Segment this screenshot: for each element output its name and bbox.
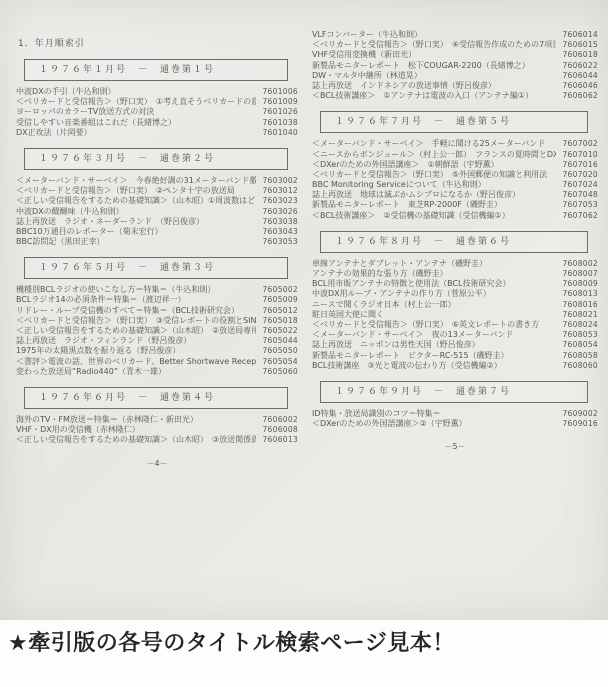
article-row: 誌上再放送 ニッポンは男性天国（野呂俊彦）7608054 (312, 340, 598, 350)
article-row: ＜ベリカードと受信報告＞（野口実） ②ペンタ十字の放送局7603012 (16, 186, 298, 196)
article-code: 7609002 (562, 409, 598, 419)
article-title: VLFコンバーター（牛込和則） (312, 30, 556, 40)
article-code: 7607062 (562, 211, 598, 221)
article-row: BCLラジオ14の必須条件＝特集＝（渡辺祥一）7605009 (16, 295, 298, 305)
article-title: ＜ベリカードと受信報告＞（野口実） ④受信報告作成のための7項目 (312, 40, 556, 50)
article-code: 7608054 (562, 340, 598, 350)
article-title: ＜正しい受信報告をするための基礎知識＞（山木昭）①周波数はどうして決まるか (16, 196, 256, 206)
article-code: 7606046 (562, 81, 598, 91)
article-title: 変わった放送局“Radio440”（青木一雄） (16, 367, 256, 377)
article-row: ＜BCL技術講座＞ ①アンテナは電波の入口（アンテナ編①）7606062 (312, 91, 598, 101)
article-row: ＜ベリカードと受信報告＞（野口実） ①考え直そうベリカードの意義7601009 (16, 97, 298, 107)
article-title: アンテナの効果的な張り方（磯野圭） (312, 269, 556, 279)
article-row: VLFコンバーター（牛込和則）7606014 (312, 30, 598, 40)
index-heading: 1．年月順索引 (18, 36, 298, 49)
article-row: 変わった放送局“Radio440”（青木一雄）7605060 (16, 367, 298, 377)
caption-text: ★牽引版の各号のタイトル検索ページ見本！ (8, 626, 455, 657)
article-row: ＜ベリカードと受信報告＞（野口実） ⑤外国郵便の知識と利用法7607020 (312, 170, 598, 180)
article-row: 誌上再放送 ラジオ・ネーダーランド （野呂俊彦）7603038 (16, 217, 298, 227)
article-row: ＜メーターバンド・サーベイ＞ 夜の13メーターバンド7608053 (312, 330, 598, 340)
article-code: 7608009 (562, 279, 598, 289)
article-code: 7608021 (562, 310, 598, 320)
article-list: 中波DXの手引（牛込和則）7601006＜ベリカードと受信報告＞（野口実） ①考… (16, 87, 298, 138)
article-title: ＜ベリカードと受信報告＞（野口実） ①考え直そうベリカードの意義 (16, 97, 256, 107)
article-list: ＜メーターバンド・サーベイ＞ 手軽に聞ける25メーターバンド7607002＜ニー… (312, 139, 598, 221)
article-code: 7605022 (262, 326, 298, 336)
issue-header: １９７６年５月号 － 通巻第３号 (24, 257, 288, 279)
article-title: ＜BCL技術講座＞ ②受信機の基礎知識（受信機編①） (312, 211, 556, 221)
article-code: 7605002 (262, 285, 298, 295)
scan-paper: 1．年月順索引 １９７６年１月号 － 通巻第１号中波DXの手引（牛込和則）760… (0, 0, 608, 620)
article-code: 7605050 (262, 346, 298, 356)
article-code: 7601009 (262, 97, 298, 107)
article-title: ヨーロッパのカラーTV放送方式の対決 (16, 107, 256, 117)
article-code: 7609016 (562, 419, 598, 429)
index-page-left: 1．年月順索引 １９７６年１月号 － 通巻第１号中波DXの手引（牛込和則）760… (16, 36, 298, 469)
article-row: VHF受信用変換機（新田光）7606018 (312, 50, 598, 60)
article-title: 誌上再放送 ラジオ・ネーダーランド （野呂俊彦） (16, 217, 256, 227)
article-row: 誌上再放送 地球は滅ぶかムシプロになるか（野呂俊彦）7607048 (312, 190, 598, 200)
article-code: 7608053 (562, 330, 598, 340)
article-row: ニースで聞くラジオ日本（村上公一郎）7608016 (312, 300, 598, 310)
article-title: ＜書評＞電波の話、世界のベリカード、Better Shortwave Recep… (16, 357, 256, 367)
article-title: 新製品モニターレポート 松下COUGAR-2200（長緒博之） (312, 61, 556, 71)
article-code: 7603038 (262, 217, 298, 227)
article-row: ＜書評＞電波の話、世界のベリカード、Better Shortwave Recep… (16, 357, 298, 367)
article-row: DX正攻法（片岡要）7601040 (16, 128, 298, 138)
article-code: 7605044 (262, 336, 298, 346)
article-code: 7606002 (262, 415, 298, 425)
article-code: 7607020 (562, 170, 598, 180)
article-title: ＜DXerのための外国語講座＞②（宇野薫） (312, 419, 556, 429)
article-title: ＜ベリカードと受信報告＞（野口実） ③受信レポートの役割とSINPO (16, 316, 256, 326)
article-title: 誌上再放送 ニッポンは男性天国（野呂俊彦） (312, 340, 556, 350)
article-title: 誌上再放送 ラジオ・フィンランド（野呂俊彦） (16, 336, 256, 346)
scanned-index-screenshot: 1．年月順索引 １９７６年１月号 － 通巻第１号中波DXの手引（牛込和則）760… (0, 0, 608, 687)
article-code: 7605060 (262, 367, 298, 377)
article-title: BBC10万通目のレポーター（菊末宏行） (16, 227, 256, 237)
issue-header: １９７６年７月号 － 通巻第５号 (320, 111, 588, 133)
article-row: ＜DXerのための外国語講座＞ ①朝鮮語（宇野薫）7607016 (312, 160, 598, 170)
article-title: ＜メーターバンド・サーベイ＞ 今春絶好調の31メーターバンド徹底研究 (16, 176, 256, 186)
article-title: 誌上再放送 地球は滅ぶかムシプロになるか（野呂俊彦） (312, 190, 556, 200)
article-title: BBC Monitoring Serviceについて（牛込和則） (312, 180, 556, 190)
article-code: 7603043 (262, 227, 298, 237)
article-title: 海外のTV・FM放送＝特集＝（赤林隆仁・新田光） (16, 415, 256, 425)
article-code: 7608024 (562, 320, 598, 330)
article-code: 7606022 (562, 61, 598, 71)
article-title: BBC訪問記（黒田正幸） (16, 237, 256, 247)
article-title: 機種別BCLラジオの使いこなし方＝特集＝（牛込和則） (16, 285, 256, 295)
article-title: ＜メーターバンド・サーベイ＞ 夜の13メーターバンド (312, 330, 556, 340)
article-title: ＜メーターバンド・サーベイ＞ 手軽に聞ける25メーターバンド (312, 139, 556, 149)
article-row: ＜ベリカードと受信報告＞（野口実） ④受信報告作成のための7項目7606015 (312, 40, 598, 50)
issue-header: １９７６年８月号 － 通巻第６号 (320, 231, 588, 253)
article-title: BCL用市販アンテナの特徴と使用法（BCL技術研究会） (312, 279, 556, 289)
article-row: 誌上再放送 ラジオ・フィンランド（野呂俊彦）7605044 (16, 336, 298, 346)
article-list: ID特集・放送局識別のコツ＝特集＝7609002＜DXerのための外国語講座＞②… (312, 409, 598, 429)
article-list: 単線アンテナとダブレット・アンテナ（磯野圭）7608002アンテナの効果的な張り… (312, 259, 598, 371)
article-row: ＜DXerのための外国語講座＞②（宇野薫）7609016 (312, 419, 598, 429)
article-title: ＜ニースからボンジュール＞（村上公一郎） フランスの夏時間とDX (312, 150, 556, 160)
article-title: 単線アンテナとダブレット・アンテナ（磯野圭） (312, 259, 556, 269)
article-row: DW・マルタ中継所（林道晃）7606044 (312, 71, 598, 81)
article-row: 新製品モニターレポート 東芝RP-2000F（磯野圭）7607053 (312, 200, 598, 210)
article-code: 7608016 (562, 300, 598, 310)
article-code: 7606008 (262, 425, 298, 435)
article-code: 7607016 (562, 160, 598, 170)
article-title: DW・マルタ中継所（林道晃） (312, 71, 556, 81)
issue-header: １９７６年６月号 － 通巻第４号 (24, 387, 288, 409)
article-code: 7603012 (262, 186, 298, 196)
article-title: ニースで聞くラジオ日本（村上公一郎） (312, 300, 556, 310)
article-title: ＜正しい受信報告をするための基礎知識＞（山木昭） ②放送局専用レポート (16, 326, 256, 336)
article-title: ＜ベリカードと受信報告＞（野口実） ②ペンタ十字の放送局 (16, 186, 256, 196)
index-page-right: VLFコンバーター（牛込和則）7606014＜ベリカードと受信報告＞（野口実） … (312, 30, 598, 452)
article-code: 7605009 (262, 295, 298, 305)
article-title: ＜ベリカードと受信報告＞（野口実） ⑥英文レポートの書き方 (312, 320, 556, 330)
article-code: 7603023 (262, 196, 298, 206)
article-title: ＜正しい受信報告をするための基礎知識＞（山木昭） ③放送関係資料の見方 (16, 435, 256, 445)
article-row: ＜ベリカードと受信報告＞（野口実） ⑥英文レポートの書き方7608024 (312, 320, 598, 330)
article-list: 海外のTV・FM放送＝特集＝（赤林隆仁・新田光）7606002VHF・DX用の受… (16, 415, 298, 446)
article-row: BCL用市販アンテナの特徴と使用法（BCL技術研究会）7608009 (312, 279, 598, 289)
article-row: ＜正しい受信報告をするための基礎知識＞（山木昭） ③放送関係資料の見方76060… (16, 435, 298, 445)
article-row: 誌上再放送 インドネシアの放送事情（野呂俊彦）7606046 (312, 81, 598, 91)
article-row: 機種別BCLラジオの使いこなし方＝特集＝（牛込和則）7605002 (16, 285, 298, 295)
article-title: リドレー・ループ受信機のすべて＝特集＝（BCL技術研究会） (16, 306, 256, 316)
article-title: ID特集・放送局識別のコツ＝特集＝ (312, 409, 556, 419)
article-row: BBC10万通目のレポーター（菊末宏行）7603043 (16, 227, 298, 237)
article-code: 7601006 (262, 87, 298, 97)
article-row: BBC Monitoring Serviceについて（牛込和則）7607024 (312, 180, 598, 190)
article-row: 駐日英国大使に聞く7608021 (312, 310, 598, 320)
article-row: ＜正しい受信報告をするための基礎知識＞（山木昭） ②放送局専用レポート76050… (16, 326, 298, 336)
article-title: 中波DXの醍醐味（牛込和則） (16, 207, 256, 217)
article-title: 新製品モニターレポート 東芝RP-2000F（磯野圭） (312, 200, 556, 210)
issue-header: １９７６年１月号 － 通巻第１号 (24, 59, 288, 81)
article-title: ＜BCL技術講座＞ ①アンテナは電波の入口（アンテナ編①） (312, 91, 556, 101)
issue-header: １９７６年９月号 － 通巻第７号 (320, 381, 588, 403)
article-list: 機種別BCLラジオの使いこなし方＝特集＝（牛込和則）7605002BCLラジオ1… (16, 285, 298, 377)
article-code: 7606044 (562, 71, 598, 81)
article-title: ＜DXerのための外国語講座＞ ①朝鮮語（宇野薫） (312, 160, 556, 170)
article-code: 7608013 (562, 289, 598, 299)
article-row: ＜ベリカードと受信報告＞（野口実） ③受信レポートの役割とSINPO760501… (16, 316, 298, 326)
article-row: VHF・DX用の受信機（赤林隆仁）7606008 (16, 425, 298, 435)
article-code: 7601038 (262, 118, 298, 128)
article-row: 海外のTV・FM放送＝特集＝（赤林隆仁・新田光）7606002 (16, 415, 298, 425)
article-title: 駐日英国大使に聞く (312, 310, 556, 320)
article-row: 単線アンテナとダブレット・アンテナ（磯野圭）7608002 (312, 259, 598, 269)
article-row: 中波DXの手引（牛込和則）7601006 (16, 87, 298, 97)
article-code: 7607010 (562, 150, 598, 160)
article-row: ＜ニースからボンジュール＞（村上公一郎） フランスの夏時間とDX7607010 (312, 150, 598, 160)
article-code: 7605018 (262, 316, 298, 326)
article-row: BCL技術講座 ③光と電波の伝わり方（受信機編②）7608060 (312, 361, 598, 371)
article-list: VLFコンバーター（牛込和則）7606014＜ベリカードと受信報告＞（野口実） … (312, 30, 598, 101)
article-title: 受信しやすい音楽番組はこれだ（長緒博之） (16, 118, 256, 128)
article-code: 7608060 (562, 361, 598, 371)
article-row: 中波DXの醍醐味（牛込和則）7603026 (16, 207, 298, 217)
article-code: 7606013 (262, 435, 298, 445)
article-code: 7605012 (262, 306, 298, 316)
article-row: ＜BCL技術講座＞ ②受信機の基礎知識（受信機編①）7607062 (312, 211, 598, 221)
article-code: 7606062 (562, 91, 598, 101)
page-number: －5－ (312, 441, 598, 452)
article-code: 7603002 (262, 176, 298, 186)
article-code: 7605054 (262, 357, 298, 367)
article-list: ＜メーターバンド・サーベイ＞ 今春絶好調の31メーターバンド徹底研究760300… (16, 176, 298, 247)
article-code: 7606015 (562, 40, 598, 50)
article-code: 7601026 (262, 107, 298, 117)
article-row: 中波DX用ループ・アンテナの作り方（菅原公平）7608013 (312, 289, 598, 299)
article-title: VHF・DX用の受信機（赤林隆仁） (16, 425, 256, 435)
article-row: ＜メーターバンド・サーベイ＞ 手軽に聞ける25メーターバンド7607002 (312, 139, 598, 149)
issue-header: １９７６年３月号 － 通巻第２号 (24, 148, 288, 170)
article-code: 7601040 (262, 128, 298, 138)
article-row: 新製品モニターレポート 松下COUGAR-2200（長緒博之）7606022 (312, 61, 598, 71)
article-row: リドレー・ループ受信機のすべて＝特集＝（BCL技術研究会）7605012 (16, 306, 298, 316)
article-title: BCLラジオ14の必須条件＝特集＝（渡辺祥一） (16, 295, 256, 305)
article-row: 受信しやすい音楽番組はこれだ（長緒博之）7601038 (16, 118, 298, 128)
article-row: ヨーロッパのカラーTV放送方式の対決7601026 (16, 107, 298, 117)
article-title: 1975年の太陽黒点数を振り返る（野呂俊彦） (16, 346, 256, 356)
article-code: 7606018 (562, 50, 598, 60)
article-title: BCL技術講座 ③光と電波の伝わり方（受信機編②） (312, 361, 556, 371)
article-row: 新製品モニターレポート ビクターRC-515（磯野圭）7608058 (312, 351, 598, 361)
article-row: アンテナの効果的な張り方（磯野圭）7608007 (312, 269, 598, 279)
article-code: 7607048 (562, 190, 598, 200)
article-title: DX正攻法（片岡要） (16, 128, 256, 138)
article-title: 誌上再放送 インドネシアの放送事情（野呂俊彦） (312, 81, 556, 91)
article-title: 新製品モニターレポート ビクターRC-515（磯野圭） (312, 351, 556, 361)
article-row: ＜正しい受信報告をするための基礎知識＞（山木昭）①周波数はどうして決まるか760… (16, 196, 298, 206)
article-code: 7607053 (562, 200, 598, 210)
article-row: ＜メーターバンド・サーベイ＞ 今春絶好調の31メーターバンド徹底研究760300… (16, 176, 298, 186)
article-code: 7608058 (562, 351, 598, 361)
article-row: BBC訪問記（黒田正幸）7603053 (16, 237, 298, 247)
article-code: 7608002 (562, 259, 598, 269)
article-code: 7607024 (562, 180, 598, 190)
article-row: ID特集・放送局識別のコツ＝特集＝7609002 (312, 409, 598, 419)
article-title: 中波DXの手引（牛込和則） (16, 87, 256, 97)
article-title: 中波DX用ループ・アンテナの作り方（菅原公平） (312, 289, 556, 299)
article-row: 1975年の太陽黒点数を振り返る（野呂俊彦）7605050 (16, 346, 298, 356)
page-number: －4－ (16, 458, 298, 469)
article-code: 7603053 (262, 237, 298, 247)
article-title: VHF受信用変換機（新田光） (312, 50, 556, 60)
article-code: 7603026 (262, 207, 298, 217)
article-title: ＜ベリカードと受信報告＞（野口実） ⑤外国郵便の知識と利用法 (312, 170, 556, 180)
article-code: 7606014 (562, 30, 598, 40)
article-code: 7607002 (562, 139, 598, 149)
article-code: 7608007 (562, 269, 598, 279)
